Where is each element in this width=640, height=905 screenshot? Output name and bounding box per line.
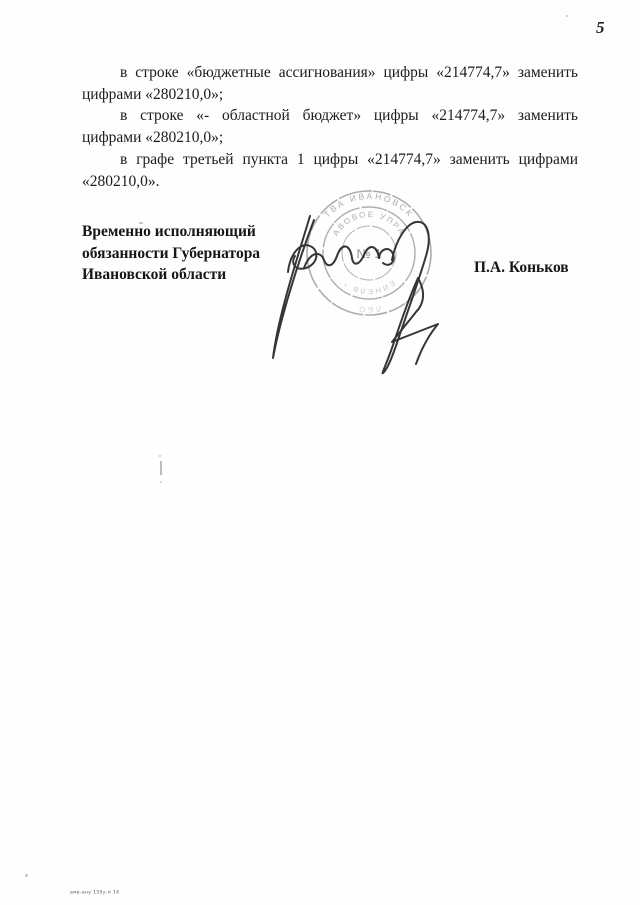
paragraph-line: цифрами «280210,0»; xyxy=(82,127,578,149)
svg-text:АВОВОЕ УПРА: АВОВОЕ УПРА xyxy=(331,210,407,238)
scan-artifact-line xyxy=(160,461,162,475)
scan-artifact-dot xyxy=(159,455,161,457)
svg-text:ЕИНЕЛВ *: ЕИНЕЛВ * xyxy=(341,279,397,297)
paragraph-line: в строке «бюджетные ассигнования» цифры … xyxy=(82,62,578,84)
paragraph-line: в графе третьей пункта 1 цифры «214774,7… xyxy=(82,149,578,171)
document-body: в строке «бюджетные ассигнования» цифры … xyxy=(82,62,578,192)
scan-artifact-dot xyxy=(25,874,28,877)
document-page: 5 в строке «бюджетные ассигнования» цифр… xyxy=(0,0,640,905)
paragraph-budget-allocations: в строке «бюджетные ассигнования» цифры … xyxy=(82,62,578,105)
paragraph-line: цифрами «280210,0»; xyxy=(82,84,578,106)
scan-artifact-dot xyxy=(160,481,162,483)
paragraph-oblast-budget: в строке «- областной бюджет» цифры «214… xyxy=(82,105,578,148)
stamp-and-signature: ТВА ИВАНОВСК ЛБО АВОВОЕ УПРА ЕИНЕЛВ * № … xyxy=(240,180,480,380)
stamp-inner-arc-bottom-text: ЕИНЕЛВ * xyxy=(341,279,397,297)
page-number: 5 xyxy=(596,18,605,38)
signer-name: П.А. Коньков xyxy=(474,259,569,277)
scan-artifact-dot xyxy=(566,15,568,17)
svg-text:ЛБО: ЛБО xyxy=(356,304,382,314)
stamp-outer-arc-bottom-text: ЛБО xyxy=(356,304,382,314)
footer-typist-note: амв-ану 150у-п 14 xyxy=(70,890,119,895)
stamp-inner-arc-text: АВОВОЕ УПРА xyxy=(331,210,407,238)
paragraph-line: в строке «- областной бюджет» цифры «214… xyxy=(82,105,578,127)
scan-artifact-dash xyxy=(139,222,143,224)
